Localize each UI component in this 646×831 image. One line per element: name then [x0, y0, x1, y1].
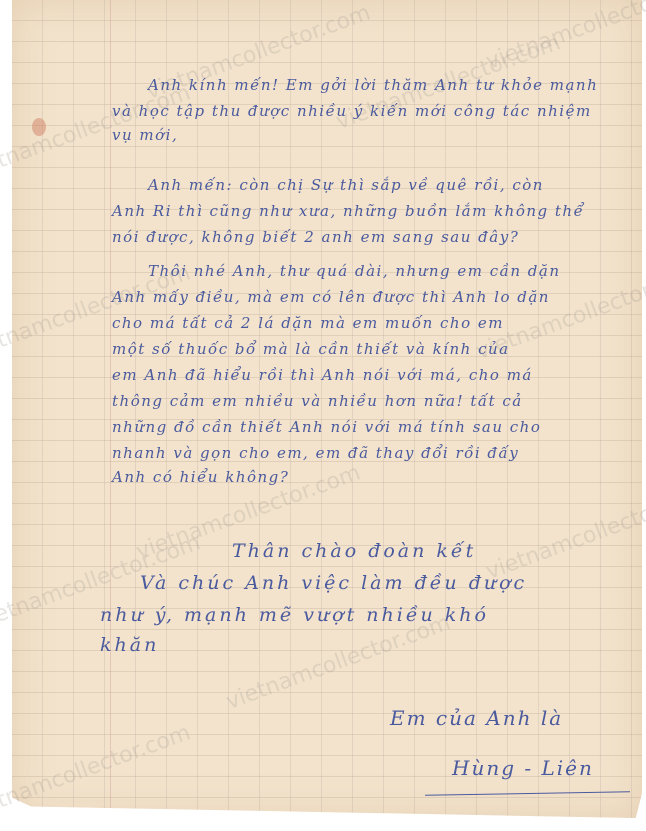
letter-line: thông cảm em nhiều và nhiều hơn nữa! tất…	[112, 392, 523, 410]
letter-line: một số thuốc bổ mà là cần thiết và kính …	[112, 340, 510, 358]
letter-line: Anh mến: còn chị Sự thì sắp về quê rồi, …	[148, 176, 544, 194]
letter-line: Anh kính mến! Em gởi lời thăm Anh tư khỏ…	[148, 76, 598, 94]
letter-line: nhanh và gọn cho em, em đã thay đổi rồi …	[112, 444, 519, 462]
closing-line: Thân chào đoàn kết	[232, 540, 476, 562]
letter-body: Anh kính mến! Em gởi lời thăm Anh tư khỏ…	[0, 0, 646, 831]
letter-line: nói được, không biết 2 anh em sang sau đ…	[112, 228, 519, 246]
letter-line: và học tập thu được nhiều ý kiến mới côn…	[112, 102, 592, 120]
letter-line: em Anh đã hiểu rồi thì Anh nói với má, c…	[112, 366, 533, 384]
letter-line: vụ mới,	[112, 126, 178, 144]
letter-line: Thôi nhé Anh, thư quá dài, nhưng em cần …	[148, 262, 561, 280]
signature-name: Hùng - Liên	[452, 756, 594, 780]
closing-line: Và chúc Anh việc làm đều được	[140, 572, 527, 594]
letter-line: cho má tất cả 2 lá dặn mà em muốn cho em	[112, 314, 504, 332]
closing-line: khăn	[100, 634, 159, 656]
letter-line: Anh Ri thì cũng như xưa, những buồn lắm …	[112, 202, 584, 220]
letter-line: những đồ cần thiết Anh nói với má tính s…	[112, 418, 541, 436]
closing-line: như ý, mạnh mẽ vượt nhiều khó	[100, 604, 489, 626]
letter-line: Anh mấy điều, mà em có lên được thì Anh …	[112, 288, 550, 306]
letter-line: Anh có hiểu không?	[112, 468, 289, 486]
signature-line: Em của Anh là	[390, 706, 563, 730]
